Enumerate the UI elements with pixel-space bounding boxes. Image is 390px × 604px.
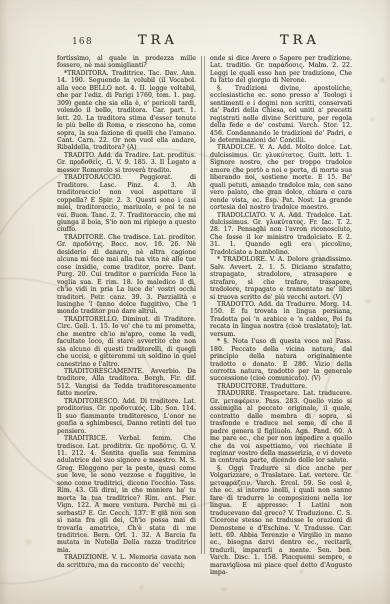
entry-tradurre-oggi: §. Oggi Tradurre si dice anche per Volga… bbox=[210, 465, 352, 577]
running-head-right: TRA bbox=[280, 33, 320, 48]
foxing-spot bbox=[26, 540, 31, 544]
entry-traditorello: TRADITORELLO. Diminut. di Traditore. Cir… bbox=[57, 316, 196, 368]
entry-traditoresco: TRADITORESCO. Add. Di traditore. Lat. pr… bbox=[57, 398, 196, 435]
entry-tradolore: * TRADOLORE. V. A. Dolore grandissimo. S… bbox=[210, 256, 352, 301]
entry-tradotto-nota: * §. Nota l'uso di questa voce nel Pass.… bbox=[210, 338, 352, 383]
foxing-spot bbox=[140, 586, 143, 589]
continuation-tradizione: onde si dice Avere o Sapere per tradizio… bbox=[210, 55, 352, 85]
entry-tradotto: TRADOTTO. Add. da Tradurre. Morg. 14. 15… bbox=[210, 301, 352, 338]
entry-tradolce: TRADOLCE. V. A. Add. Molto dolce. Lat. d… bbox=[210, 144, 352, 211]
foxing-spot bbox=[366, 300, 370, 303]
entry-tradurre: TRADURRE. Trasportare. Lat. traducere. G… bbox=[210, 390, 352, 465]
foxing-spot bbox=[222, 588, 226, 591]
text-columns: fortissimo, al quale in prodezza mille f… bbox=[57, 55, 353, 577]
foxing-spot bbox=[371, 118, 374, 121]
page-number: 168 bbox=[72, 37, 93, 47]
entry-traducitore: TRADUCITORE. Traduttore. bbox=[210, 383, 352, 390]
entry-tradizioni-divine: §. Tradizioni divine, apostoliche, eccle… bbox=[210, 85, 352, 145]
entry-tradito: TRADITO. Add. da Tradire. Lat. proditus.… bbox=[57, 152, 196, 174]
foxing-spot bbox=[355, 470, 358, 473]
entry-traditorescamente: TRADITORESCAMENTE. Avverbio. Da traditor… bbox=[57, 368, 196, 398]
running-head-left: TRA bbox=[138, 33, 178, 48]
entry-traditrice: TRADITRICE. Verbal. femm. Che tradisce. … bbox=[57, 435, 196, 554]
left-column: fortissimo, al quale in prodezza mille f… bbox=[57, 55, 196, 577]
continuation-previous-entry: fortissimo, al quale in prodezza mille f… bbox=[57, 55, 196, 70]
foxing-spot bbox=[381, 78, 384, 82]
entry-tradolciato: TRADOLCIATO. V. A. Add. Tradolce. Lat. d… bbox=[210, 212, 352, 257]
scanned-book-page: 168 TRA TRA fortissimo, al quale in prod… bbox=[0, 0, 390, 604]
right-column: onde si dice Avere o Sapere per tradizio… bbox=[210, 55, 352, 577]
entry-tradizione: TRADIZIONE. V. L. Memoria cavata non da … bbox=[57, 554, 196, 569]
column-divider bbox=[196, 55, 210, 577]
entry-traditore: TRADITORE. Che tradisce. Lat. proditor. … bbox=[57, 234, 196, 316]
entry-traditora: *TRADITORA. Traditrice. Tac. Dav. Ann. 1… bbox=[57, 70, 196, 152]
entry-traditoraccio: TRADITORACCIO. Peggiorat. di Traditore. … bbox=[57, 174, 196, 234]
column-divider-rule bbox=[201, 56, 206, 554]
